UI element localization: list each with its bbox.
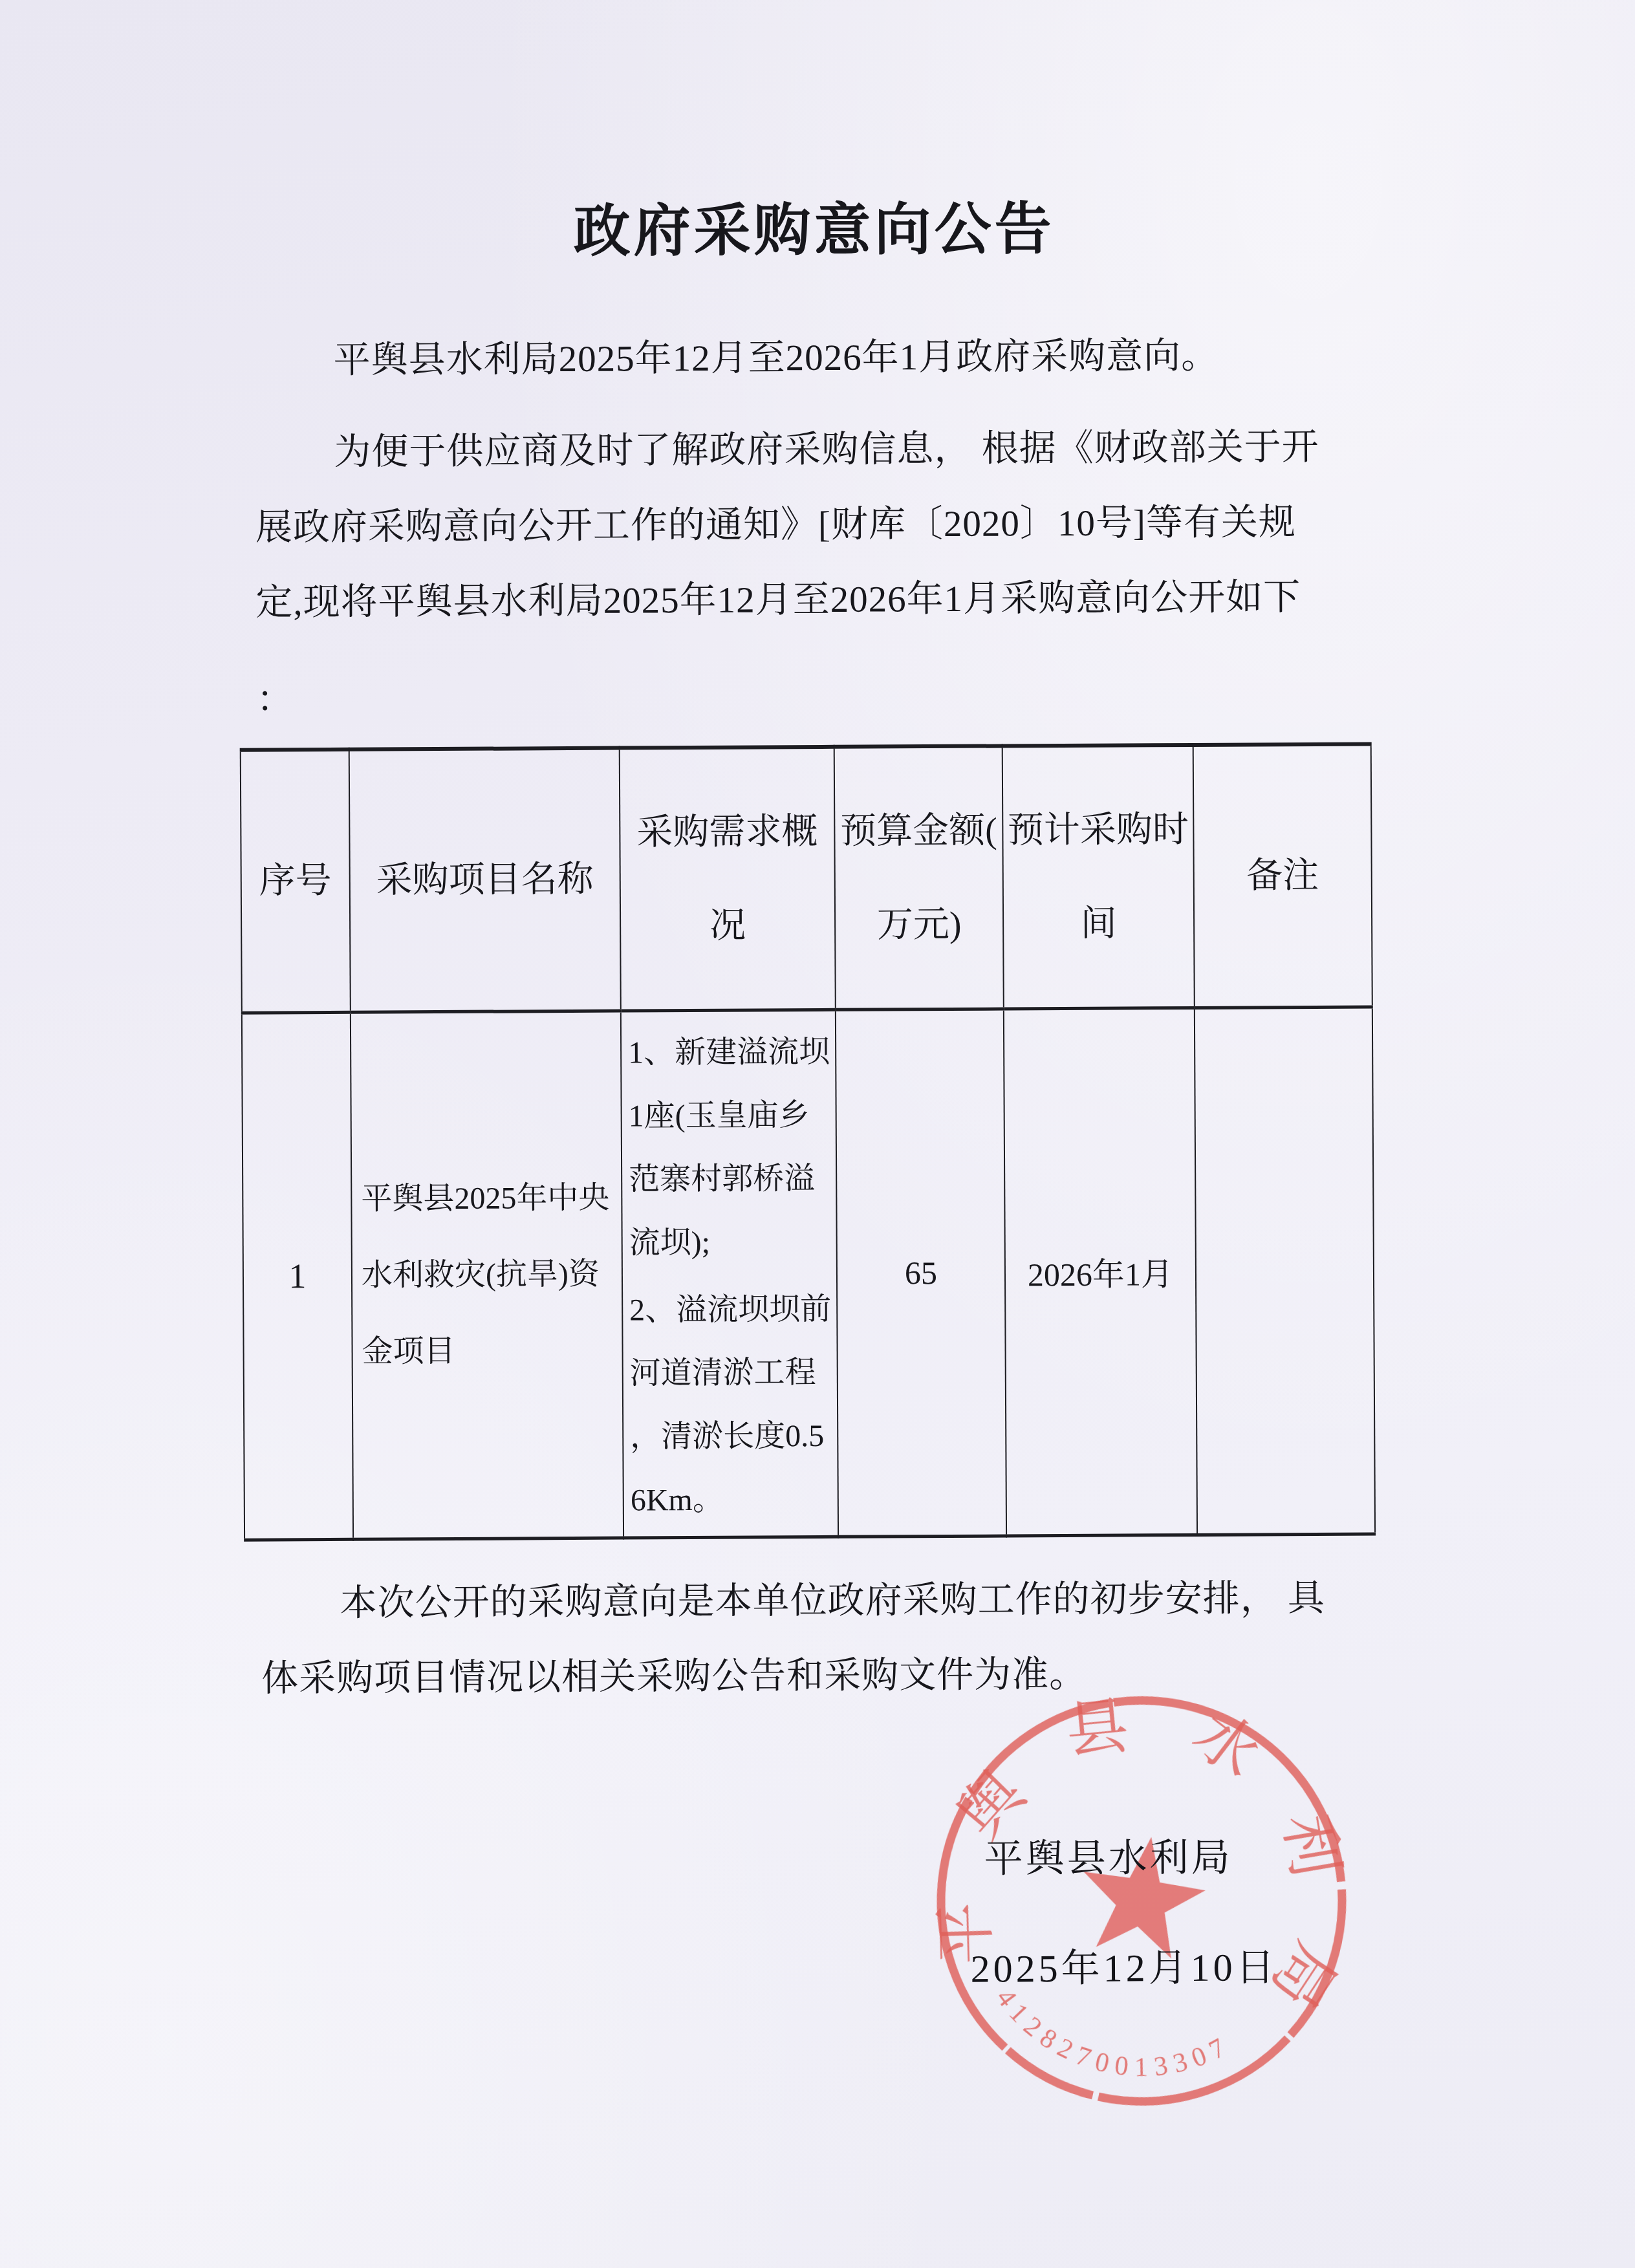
cell-remark — [1195, 1007, 1375, 1535]
header-cell-seq: 序号 — [241, 750, 351, 1013]
requirement-item-1: 1、新建溢流坝1座(玉皇庙乡范寨村郭桥溢流坝); — [628, 1021, 831, 1275]
header-cell-requirement: 采购需求概况 — [620, 747, 836, 1011]
paragraph-colon: ： — [256, 671, 1385, 722]
cell-planned-time: 2026年1月 — [1004, 1008, 1197, 1536]
cell-budget: 65 — [836, 1009, 1006, 1537]
procurement-intent-table: 序号 采购项目名称 采购需求概况 预算金额(万元) 预计采购时间 备注 1 平舆… — [240, 742, 1376, 1542]
header-cell-planned-time: 预计采购时间 — [1002, 745, 1195, 1009]
header-cell-budget: 预算金额(万元) — [834, 746, 1004, 1010]
scanned-content: 政府采购意向公告 平舆县水利局2025年12月至2026年1月政府采购意向。 为… — [0, 0, 1635, 2268]
header-cell-project-name: 采购项目名称 — [349, 748, 621, 1013]
official-seal-stamp: 平舆县水利局 4128270013307 — [898, 1658, 1385, 2144]
closing-line-1: 本次公开的采购意向是本单位政府采购工作的初步安排， 具 — [261, 1575, 1389, 1626]
signature-date: 2025年12月10日 — [970, 1936, 1277, 1993]
seal-code-text: 4128270013307 — [981, 1980, 1242, 2098]
cell-project-name: 平舆县2025年中央水利救灾(抗旱)资金项目 — [351, 1011, 623, 1539]
cell-seq: 1 — [242, 1012, 353, 1540]
cell-requirement: 1、新建溢流坝1座(玉皇庙乡范寨村郭桥溢流坝); 2、溢流坝坝前河道清淤工程，清… — [621, 1010, 838, 1538]
requirement-item-2: 2、溢流坝坝前河道清淤工程，清淤长度0.56Km。 — [629, 1278, 832, 1533]
closing-line-2: 体采购项目情况以相关采购公告和采购文件为准。 — [261, 1650, 1390, 1701]
header-cell-remark: 备注 — [1193, 744, 1372, 1008]
paragraph-body-line-2: 展政府采购意向公开工作的通知》[财库〔2020〕10号]等有关规 — [255, 499, 1384, 550]
signature-org: 平舆县水利局 — [984, 1827, 1232, 1884]
paragraph-intro: 平舆县水利局2025年12月至2026年1月政府采购意向。 — [254, 332, 1383, 383]
document-page: 政府采购意向公告 平舆县水利局2025年12月至2026年1月政府采购意向。 为… — [0, 0, 1635, 2268]
table-header-row: 序号 采购项目名称 采购需求概况 预算金额(万元) 预计采购时间 备注 — [241, 744, 1372, 1013]
page-title: 政府采购意向公告 — [0, 180, 1632, 270]
paragraph-body-line-3: 定,现将平舆县水利局2025年12月至2026年1月采购意向公开如下 — [255, 574, 1384, 625]
paragraph-body-line-1: 为便于供应商及时了解政府采购信息， 根据《财政部关于开 — [255, 424, 1383, 475]
table-row: 1 平舆县2025年中央水利救灾(抗旱)资金项目 1、新建溢流坝1座(玉皇庙乡范… — [242, 1007, 1375, 1540]
